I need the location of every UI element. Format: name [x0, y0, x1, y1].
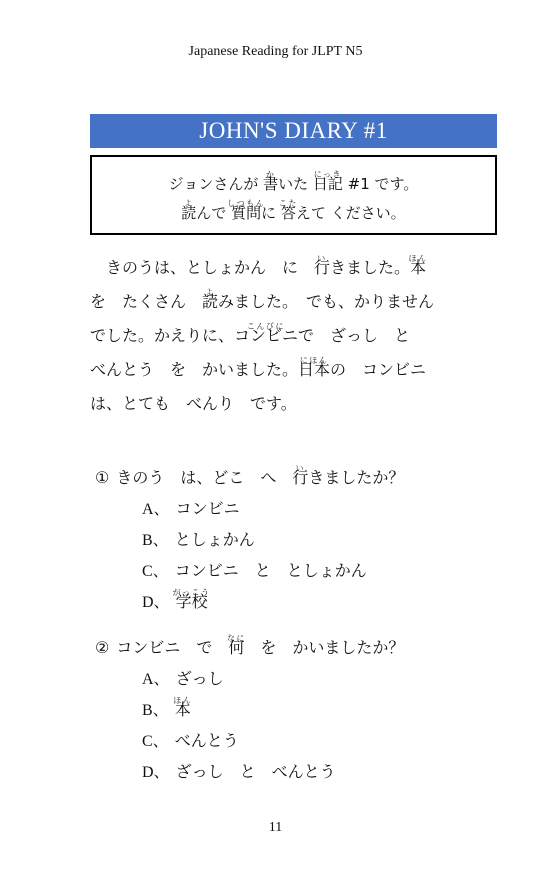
- furigana-base: ほん本: [410, 258, 426, 279]
- furigana-base: こた答: [281, 205, 296, 222]
- option-row: A、ざっし: [142, 659, 497, 690]
- furigana-base: よ読: [181, 205, 196, 222]
- question: ②コンビニ で なに何 を かいましたか？A、ざっしB、ほん本C、べんとうD、ざ…: [90, 625, 497, 783]
- option-row: B、ほん本: [142, 690, 497, 721]
- furigana-reading: がっこう: [173, 583, 211, 603]
- option-label: A、: [142, 671, 170, 688]
- furigana-reading: にっき: [314, 166, 342, 183]
- instruction-box: ジョンさんが か書いた にっき日記 #1 です。よ読んで しつもん質問に こた答…: [90, 155, 497, 235]
- furigana-base: い行: [314, 258, 330, 279]
- question: ①きのう は、どこ へ い行きましたか？A、コンビニB、としょかんC、コンビニ …: [90, 455, 497, 613]
- furigana-reading: なに: [227, 628, 246, 649]
- furigana-base: い行: [292, 468, 308, 489]
- furigana-base: にほん日本: [298, 360, 330, 381]
- option-row: C、べんとう: [142, 721, 497, 752]
- option-label: A、: [142, 501, 170, 518]
- furigana-reading: ほん: [409, 248, 428, 269]
- options-list: A、ざっしB、ほん本C、べんとうD、ざっし と べんとう: [142, 659, 497, 783]
- furigana-base: にっき日記: [313, 176, 343, 193]
- option-row: A、コンビニ: [142, 489, 497, 520]
- furigana-reading: こんびに: [247, 316, 285, 337]
- instruction-line: よ読んで しつもん質問に こた答えて ください。: [96, 193, 491, 222]
- questions-section: ①きのう は、どこ へ い行きましたか？A、コンビニB、としょかんC、コンビニ …: [90, 455, 497, 783]
- option-label: B、: [142, 702, 169, 719]
- running-header: Japanese Reading for JLPT N5: [0, 44, 551, 60]
- furigana-reading: しつもん: [227, 195, 265, 212]
- instruction-line: ジョンさんが か書いた にっき日記 #1 です。: [96, 164, 491, 193]
- option-row: C、コンビニ と としょかん: [142, 551, 497, 582]
- furigana-reading: い: [296, 458, 306, 479]
- furigana-reading: にほん: [300, 350, 329, 371]
- question-prompt: ①きのう は、どこ へ い行きましたか？: [90, 455, 497, 489]
- passage-line: を たくさん よ読みました。 でも、かりません: [90, 279, 497, 313]
- option-label: D、: [142, 764, 170, 781]
- title-banner: JOHN'S DIARY #1: [90, 114, 497, 148]
- option-label: C、: [142, 563, 169, 580]
- question-number: ①: [95, 470, 109, 487]
- furigana-reading: か: [266, 166, 276, 183]
- furigana-reading: こた: [279, 195, 298, 212]
- furigana-reading: い: [317, 248, 327, 269]
- furigana-base: がっこう学校: [176, 593, 208, 613]
- question-number: ②: [95, 640, 109, 657]
- furigana-base: ほん本: [175, 701, 191, 721]
- passage-line: べんとう を かいました。にほん日本の コンビニ: [90, 347, 497, 381]
- option-label: D、: [142, 594, 170, 611]
- furigana-base: こんびにコンビニ: [234, 326, 298, 347]
- passage-line: は、とても べんり です。: [90, 381, 497, 415]
- furigana-base: しつもん質問: [231, 205, 261, 222]
- option-label: C、: [142, 733, 169, 750]
- furigana-base: よ読: [202, 292, 218, 313]
- furigana-base: なに何: [228, 638, 244, 659]
- page-number: 11: [0, 820, 551, 836]
- options-list: A、コンビニB、としょかんC、コンビニ と としょかんD、がっこう学校: [142, 489, 497, 613]
- page-content: JOHN'S DIARY #1 ジョンさんが か書いた にっき日記 #1 です。…: [90, 114, 497, 783]
- passage-line: でした。かえりに、こんびにコンビニで ざっし と: [90, 313, 497, 347]
- option-label: B、: [142, 532, 169, 549]
- question-prompt: ②コンビニ で なに何 を かいましたか？: [90, 625, 497, 659]
- furigana-reading: ほん: [173, 691, 192, 711]
- furigana-reading: よ: [184, 195, 194, 212]
- furigana-base: か書: [263, 176, 278, 193]
- book-page: Japanese Reading for JLPT N5 JOHN'S DIAR…: [0, 0, 551, 877]
- furigana-reading: よ: [205, 282, 215, 303]
- passage-line: きのうは、としょかん に い行きました。ほん本: [90, 245, 497, 279]
- option-row: B、としょかん: [142, 520, 497, 551]
- reading-passage: きのうは、としょかん に い行きました。ほん本を たくさん よ読みました。 でも…: [90, 245, 497, 415]
- option-row: D、ざっし と べんとう: [142, 752, 497, 783]
- option-row: D、がっこう学校: [142, 582, 497, 613]
